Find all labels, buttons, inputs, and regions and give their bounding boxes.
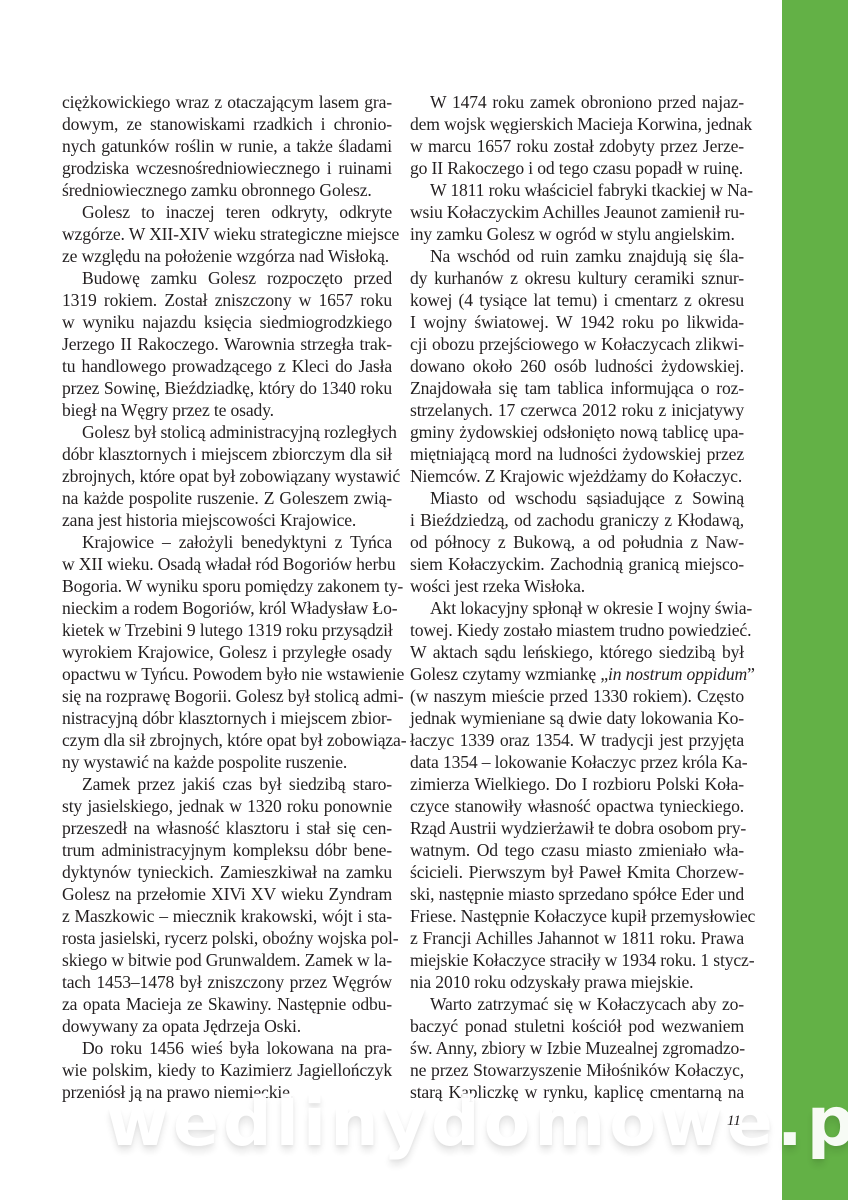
text-line: za opata Macieja ze Skawiny. Następnie o… <box>62 993 392 1015</box>
text-line: biegł na Węgry przez te osady. <box>62 399 392 421</box>
text-line: starą Kapliczkę w rynku, kaplicę cmentar… <box>410 1081 744 1103</box>
text-line: wsiu Kołaczyckim Achilles Jeaunot zamien… <box>410 201 744 223</box>
text-line: Golesz na przełomie XIVi XV wieku Zyndra… <box>62 883 392 905</box>
text-line: W 1811 roku właściciel fabryki tkackiej … <box>410 179 744 201</box>
text-line: i Bieździedzą, od zachodu graniczy z Kło… <box>410 509 744 531</box>
text-line: Golesz czytamy wzmiankę „in nostrum oppi… <box>410 663 744 685</box>
text-line: w XII wieku. Osadą władał ród Bogoriów h… <box>62 553 392 575</box>
text-line: Na wschód od ruin zamku znajdują się śla… <box>410 245 744 267</box>
left-text-column: ciężkowickiego wraz z otaczającym lasem … <box>62 91 392 1103</box>
text-line: Friese. Następnie Kołaczyce kupił przemy… <box>410 905 744 927</box>
text-line: go II Rakoczego i od tego czasu popadł w… <box>410 157 744 179</box>
right-text-column: W 1474 roku zamek obroniono przed najaz-… <box>410 91 744 1103</box>
text-line: dowym, ze stanowiskami rzadkich i chroni… <box>62 113 392 135</box>
text-line: nieckim a rodem Bogoriów, król Władysław… <box>62 597 392 619</box>
text-line: św. Anny, zbiory w Izbie Muzealnej zgrom… <box>410 1037 744 1059</box>
text-line: łaczyc 1339 oraz 1354. W tradycji jest p… <box>410 729 744 751</box>
text-line: przeniósł ją na prawo niemieckie. <box>62 1081 392 1103</box>
text-line: tach 1453–1478 był zniszczony przez Węgr… <box>62 971 392 993</box>
text-line: Do roku 1456 wieś była lokowana na pra- <box>62 1037 392 1059</box>
text-line: dy kurhanów z okresu kultury ceramiki sz… <box>410 267 744 289</box>
text-line: towej. Kiedy zostało miastem trudno powi… <box>410 619 744 641</box>
text-line: kowej (4 tysiące lat temu) i cmentarz z … <box>410 289 744 311</box>
text-line: iny zamku Golesz w ogród w stylu angiels… <box>410 223 744 245</box>
text-line: nistracyjną dóbr klasztornych i miejscem… <box>62 707 392 729</box>
text-line: z Maszkowic – miecznik krakowski, wójt i… <box>62 905 392 927</box>
text-line: sty jasielskiego, jednak w 1320 roku pon… <box>62 795 392 817</box>
text-line: Znajdowała się tam tablica informująca o… <box>410 377 744 399</box>
text-line: dóbr klasztornych i miejscem zbiorczym d… <box>62 443 392 465</box>
text-line: wie polskim, kiedy to Kazimierz Jagiello… <box>62 1059 392 1081</box>
text-line: średniowiecznego zamku obronnego Golesz. <box>62 179 392 201</box>
text-line: Miasto od wschodu sąsiadujące z Sowiną <box>410 487 744 509</box>
text-line: Krajowice – założyli benedyktyni z Tyńca <box>62 531 392 553</box>
text-line: zimierza Wielkiego. Do I rozbioru Polski… <box>410 773 744 795</box>
text-line: miejskie Kołaczyce straciły w 1934 roku.… <box>410 949 744 971</box>
text-line: strzelanych. 17 czerwca 2012 roku z inic… <box>410 399 744 421</box>
text-line: przeszedł na własność klasztoru i stał s… <box>62 817 392 839</box>
text-line: opactwu w Tyńcu. Powodem było nie wstawi… <box>62 663 392 685</box>
text-line: nych gatunków roślin w runie, a także śl… <box>62 135 392 157</box>
text-line: ne przez Stowarzyszenie Miłośników Kołac… <box>410 1059 744 1081</box>
text-line: 1319 rokiem. Został zniszczony w 1657 ro… <box>62 289 392 311</box>
text-line: siem Kołaczyckim. Zachodnią granicą miej… <box>410 553 744 575</box>
text-line: Akt lokacyjny spłonął w okresie I wojny … <box>410 597 744 619</box>
text-line: skiego w bitwie pod Grunwaldem. Zamek w … <box>62 949 392 971</box>
text-line: Jerzego II Rakoczego. Warownia strzegła … <box>62 333 392 355</box>
text-line: miętniającą mord na ludności żydowskiej … <box>410 443 744 465</box>
text-line: w marcu 1657 roku został zdobyty przez J… <box>410 135 744 157</box>
text-line: dowywany za opata Jędrzeja Oski. <box>62 1015 392 1037</box>
text-line: W aktach sądu leńskiego, którego siedzib… <box>410 641 744 663</box>
text-line: gminy żydowskiej odsłonięto nową tablicę… <box>410 421 744 443</box>
text-line: czym dla sił zbrojnych, które opat był z… <box>62 729 392 751</box>
text-line: na każde pospolite ruszenie. Z Goleszem … <box>62 487 392 509</box>
page-number: 11 <box>727 1113 741 1130</box>
text-line: Niemców. Z Krajowic wjeżdżamy do Kołaczy… <box>410 465 744 487</box>
text-line: czyce stanowiły własność opactwa tynieck… <box>410 795 744 817</box>
text-line: watnym. Od tego czasu miasto zmieniało w… <box>410 839 744 861</box>
text-line: ze względu na położenie wzgórza nad Wisł… <box>62 245 392 267</box>
text-line: Warto zatrzymać się w Kołaczycach aby zo… <box>410 993 744 1015</box>
text-line: tu handlowego prowadzącego z Kleci do Ja… <box>62 355 392 377</box>
text-line: wyrokiem Krajowice, Golesz i przyległe o… <box>62 641 392 663</box>
text-line: ski, następnie miasto sprzedano spółce E… <box>410 883 744 905</box>
text-line: dowano około 260 osób ludności żydowskie… <box>410 355 744 377</box>
text-line: data 1354 – lokowanie Kołaczyc przez kró… <box>410 751 744 773</box>
green-edge-tab <box>782 0 848 1200</box>
text-line: od północy z Bukową, a od południa z Naw… <box>410 531 744 553</box>
text-line: wości jest rzeka Wisłoka. <box>410 575 744 597</box>
text-line: grodziska wczesnośredniowiecznego i ruin… <box>62 157 392 179</box>
text-line: ciężkowickiego wraz z otaczającym lasem … <box>62 91 392 113</box>
text-line: Rząd Austrii wydzierżawił te dobra osobo… <box>410 817 744 839</box>
text-line: w wyniku najazdu księcia siedmiogrodzkie… <box>62 311 392 333</box>
text-line: się na rozprawę Bogorii. Golesz był stol… <box>62 685 392 707</box>
text-line: I wojny światowej. W 1942 roku po likwid… <box>410 311 744 333</box>
text-line: kietek w Trzebini 9 lutego 1319 roku prz… <box>62 619 392 641</box>
text-line: rosta jasielski, rycerz polski, oboźny w… <box>62 927 392 949</box>
text-line: ścicieli. Pierwszym był Paweł Kmita Chor… <box>410 861 744 883</box>
text-line: Zamek przez jakiś czas był siedzibą star… <box>62 773 392 795</box>
text-line: zbrojnych, które opat był zobowiązany wy… <box>62 465 392 487</box>
text-line: nia 2010 roku odzyskały prawa miejskie. <box>410 971 744 993</box>
text-line: z Francji Achilles Jahannot w 1811 roku.… <box>410 927 744 949</box>
text-line: dem wojsk węgierskich Macieja Korwina, j… <box>410 113 744 135</box>
text-line: Golesz był stolicą administracyjną rozle… <box>62 421 392 443</box>
text-line: trum administracyjnym kompleksu dóbr ben… <box>62 839 392 861</box>
latin-quote: in nostrum oppidum <box>608 664 747 684</box>
text-line: przez Sowinę, Bieździadkę, który do 1340… <box>62 377 392 399</box>
text-line: jednak wymieniane są dwie daty lokowania… <box>410 707 744 729</box>
text-line: dyktynów tynieckich. Zamieszkiwał na zam… <box>62 861 392 883</box>
text-line: W 1474 roku zamek obroniono przed najaz- <box>410 91 744 113</box>
text-line: Budowę zamku Golesz rozpoczęto przed <box>62 267 392 289</box>
text-line: zana jest historia miejscowości Krajowic… <box>62 509 392 531</box>
text-line: wzgórze. W XII-XIV wieku strategiczne mi… <box>62 223 392 245</box>
text-line: Golesz to inaczej teren odkryty, odkryte <box>62 201 392 223</box>
text-line: (w naszym mieście przed 1330 rokiem). Cz… <box>410 685 744 707</box>
text-line: Bogoria. W wyniku sporu pomiędzy zakonem… <box>62 575 392 597</box>
text-line: baczyć ponad stuletni kościół pod wezwan… <box>410 1015 744 1037</box>
text-line: cji obozu przejściowego w Kołaczycach zl… <box>410 333 744 355</box>
text-line: ny wystawić na każde pospolite ruszenie. <box>62 751 392 773</box>
